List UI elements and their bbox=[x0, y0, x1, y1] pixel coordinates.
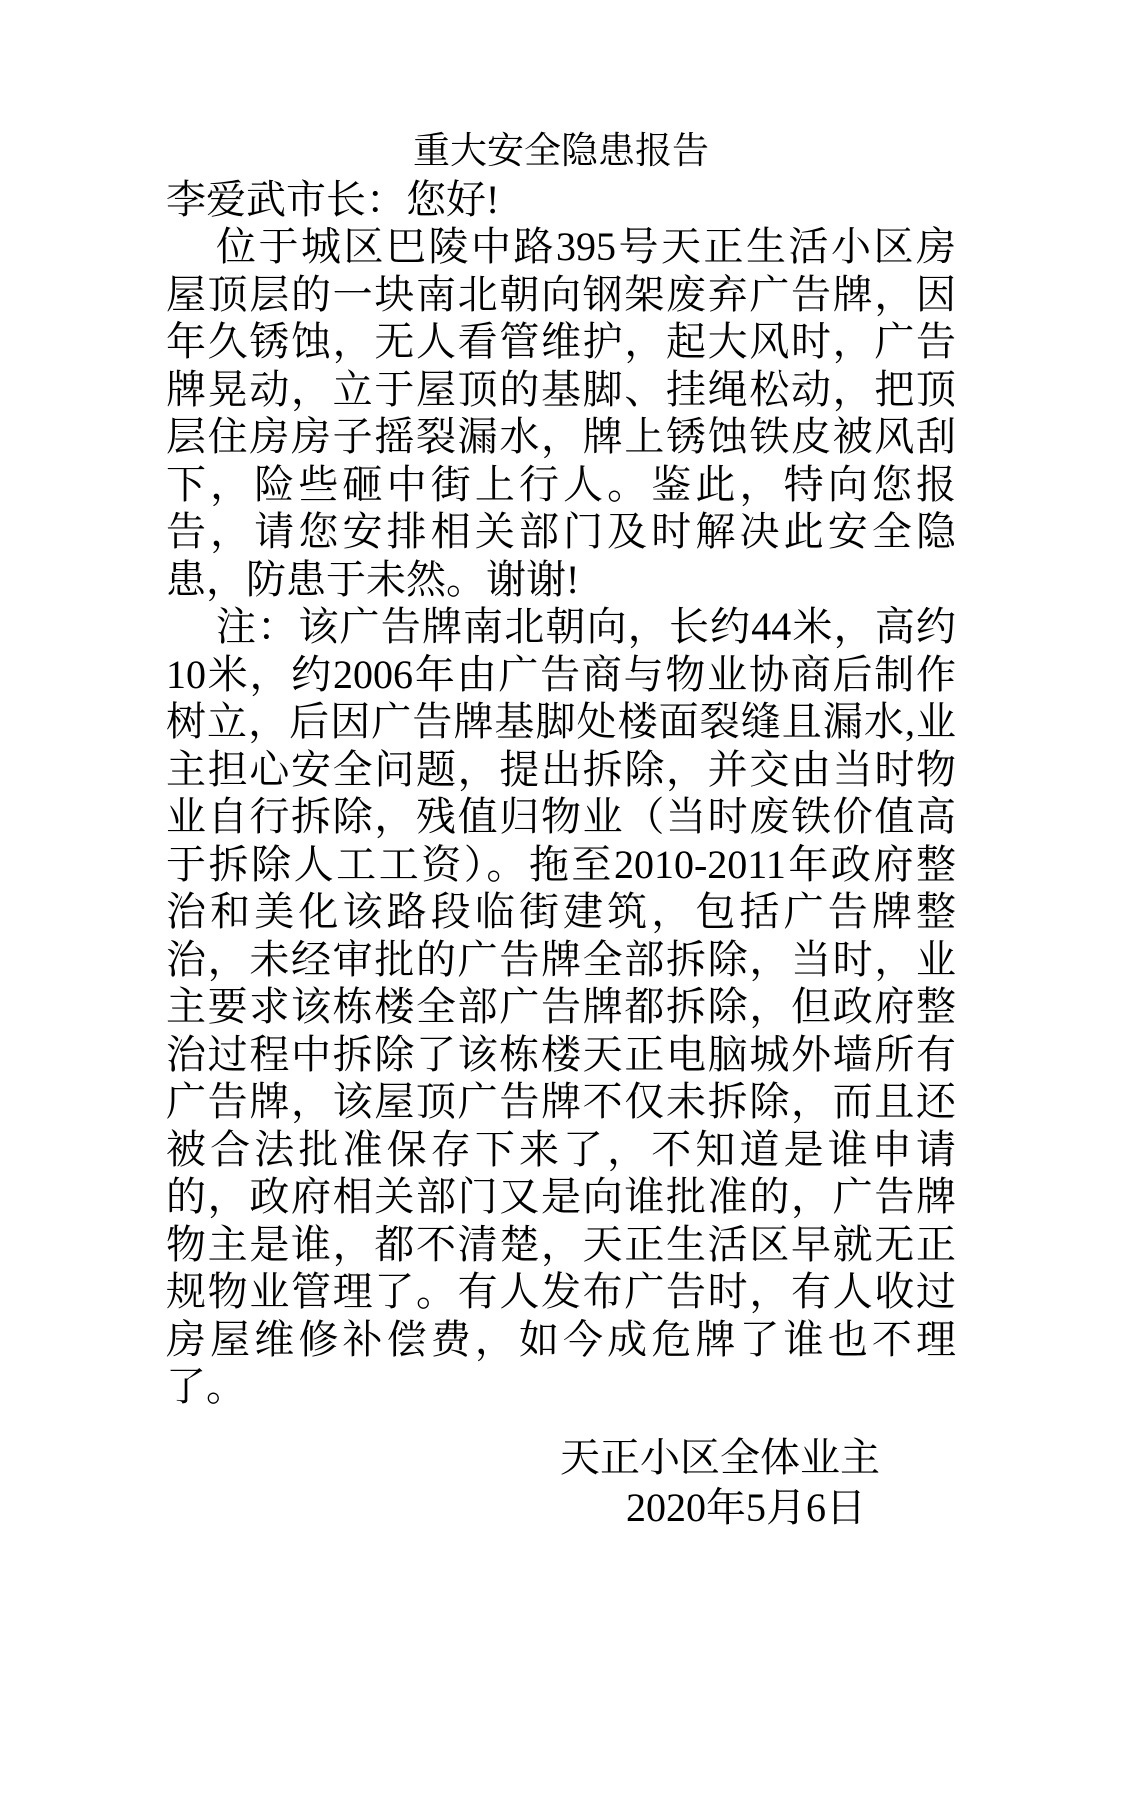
report-letter: 重大安全隐患报告 李爱武市长：您好! 位于城区巴陵中路395号天正生活小区房 屋… bbox=[166, 128, 956, 1533]
signature-date: 2020年5月6日 bbox=[166, 1483, 956, 1533]
body-line: 房屋维修补偿费，如今成危牌了谁也不理 bbox=[166, 1316, 956, 1364]
body-line: 牌晃动，立于屋顶的基脚、挂绳松动，把顶 bbox=[166, 366, 956, 414]
body-line: 治过程中拆除了该栋楼天正电脑城外墙所有 bbox=[166, 1031, 956, 1079]
body-line: 层住房房子摇裂漏水，牌上锈蚀铁皮被风刮 bbox=[166, 413, 956, 461]
body-line: 下，险些砸中街上行人。鉴此，特向您报 bbox=[166, 461, 956, 509]
body-line: 屋顶层的一块南北朝向钢架废弃广告牌，因 bbox=[166, 271, 956, 319]
body-line: 了。 bbox=[166, 1363, 956, 1411]
signature-block: 天正小区全体业主 2020年5月6日 bbox=[166, 1433, 956, 1533]
body-line: 广告牌，该屋顶广告牌不仅未拆除，而且还 bbox=[166, 1078, 956, 1126]
body-line: 告，请您安排相关部门及时解决此安全隐 bbox=[166, 508, 956, 556]
body-line: 主担心安全问题，提出拆除，并交由当时物 bbox=[166, 746, 956, 794]
body-line: 规物业管理了。有人发布广告时，有人收过 bbox=[166, 1268, 956, 1316]
body-line: 主要求该栋楼全部广告牌都拆除，但政府整 bbox=[166, 983, 956, 1031]
document-page: { "page": { "background": "#ffffff", "te… bbox=[0, 0, 1125, 1805]
body-line: 注：该广告牌南北朝向，长约44米，高约 bbox=[166, 603, 956, 651]
body-line: 治，未经审批的广告牌全部拆除，当时，业 bbox=[166, 936, 956, 984]
body-line: 于拆除人工工资）。拖至2010-2011年政府整 bbox=[166, 841, 956, 889]
body-line: 患，防患于未然。谢谢! bbox=[166, 556, 956, 604]
salutation-line: 李爱武市长：您好! bbox=[166, 176, 956, 224]
body-line: 10米，约2006年由广告商与物业协商后制作 bbox=[166, 651, 956, 699]
signature-name: 天正小区全体业主 bbox=[166, 1433, 956, 1483]
body-line: 治和美化该路段临街建筑，包括广告牌整 bbox=[166, 888, 956, 936]
body-line: 树立，后因广告牌基脚处楼面裂缝且漏水,业 bbox=[166, 698, 956, 746]
body-line: 物主是谁，都不清楚，天正生活区早就无正 bbox=[166, 1221, 956, 1269]
body-line: 年久锈蚀，无人看管维护，起大风时，广告 bbox=[166, 318, 956, 366]
body-line: 位于城区巴陵中路395号天正生活小区房 bbox=[166, 223, 956, 271]
body-line: 被合法批准保存下来了，不知道是谁申请 bbox=[166, 1126, 956, 1174]
body-line: 的，政府相关部门又是向谁批准的，广告牌 bbox=[166, 1173, 956, 1221]
document-title: 重大安全隐患报告 bbox=[166, 128, 956, 176]
body-line: 业自行拆除，残值归物业（当时废铁价值高 bbox=[166, 793, 956, 841]
